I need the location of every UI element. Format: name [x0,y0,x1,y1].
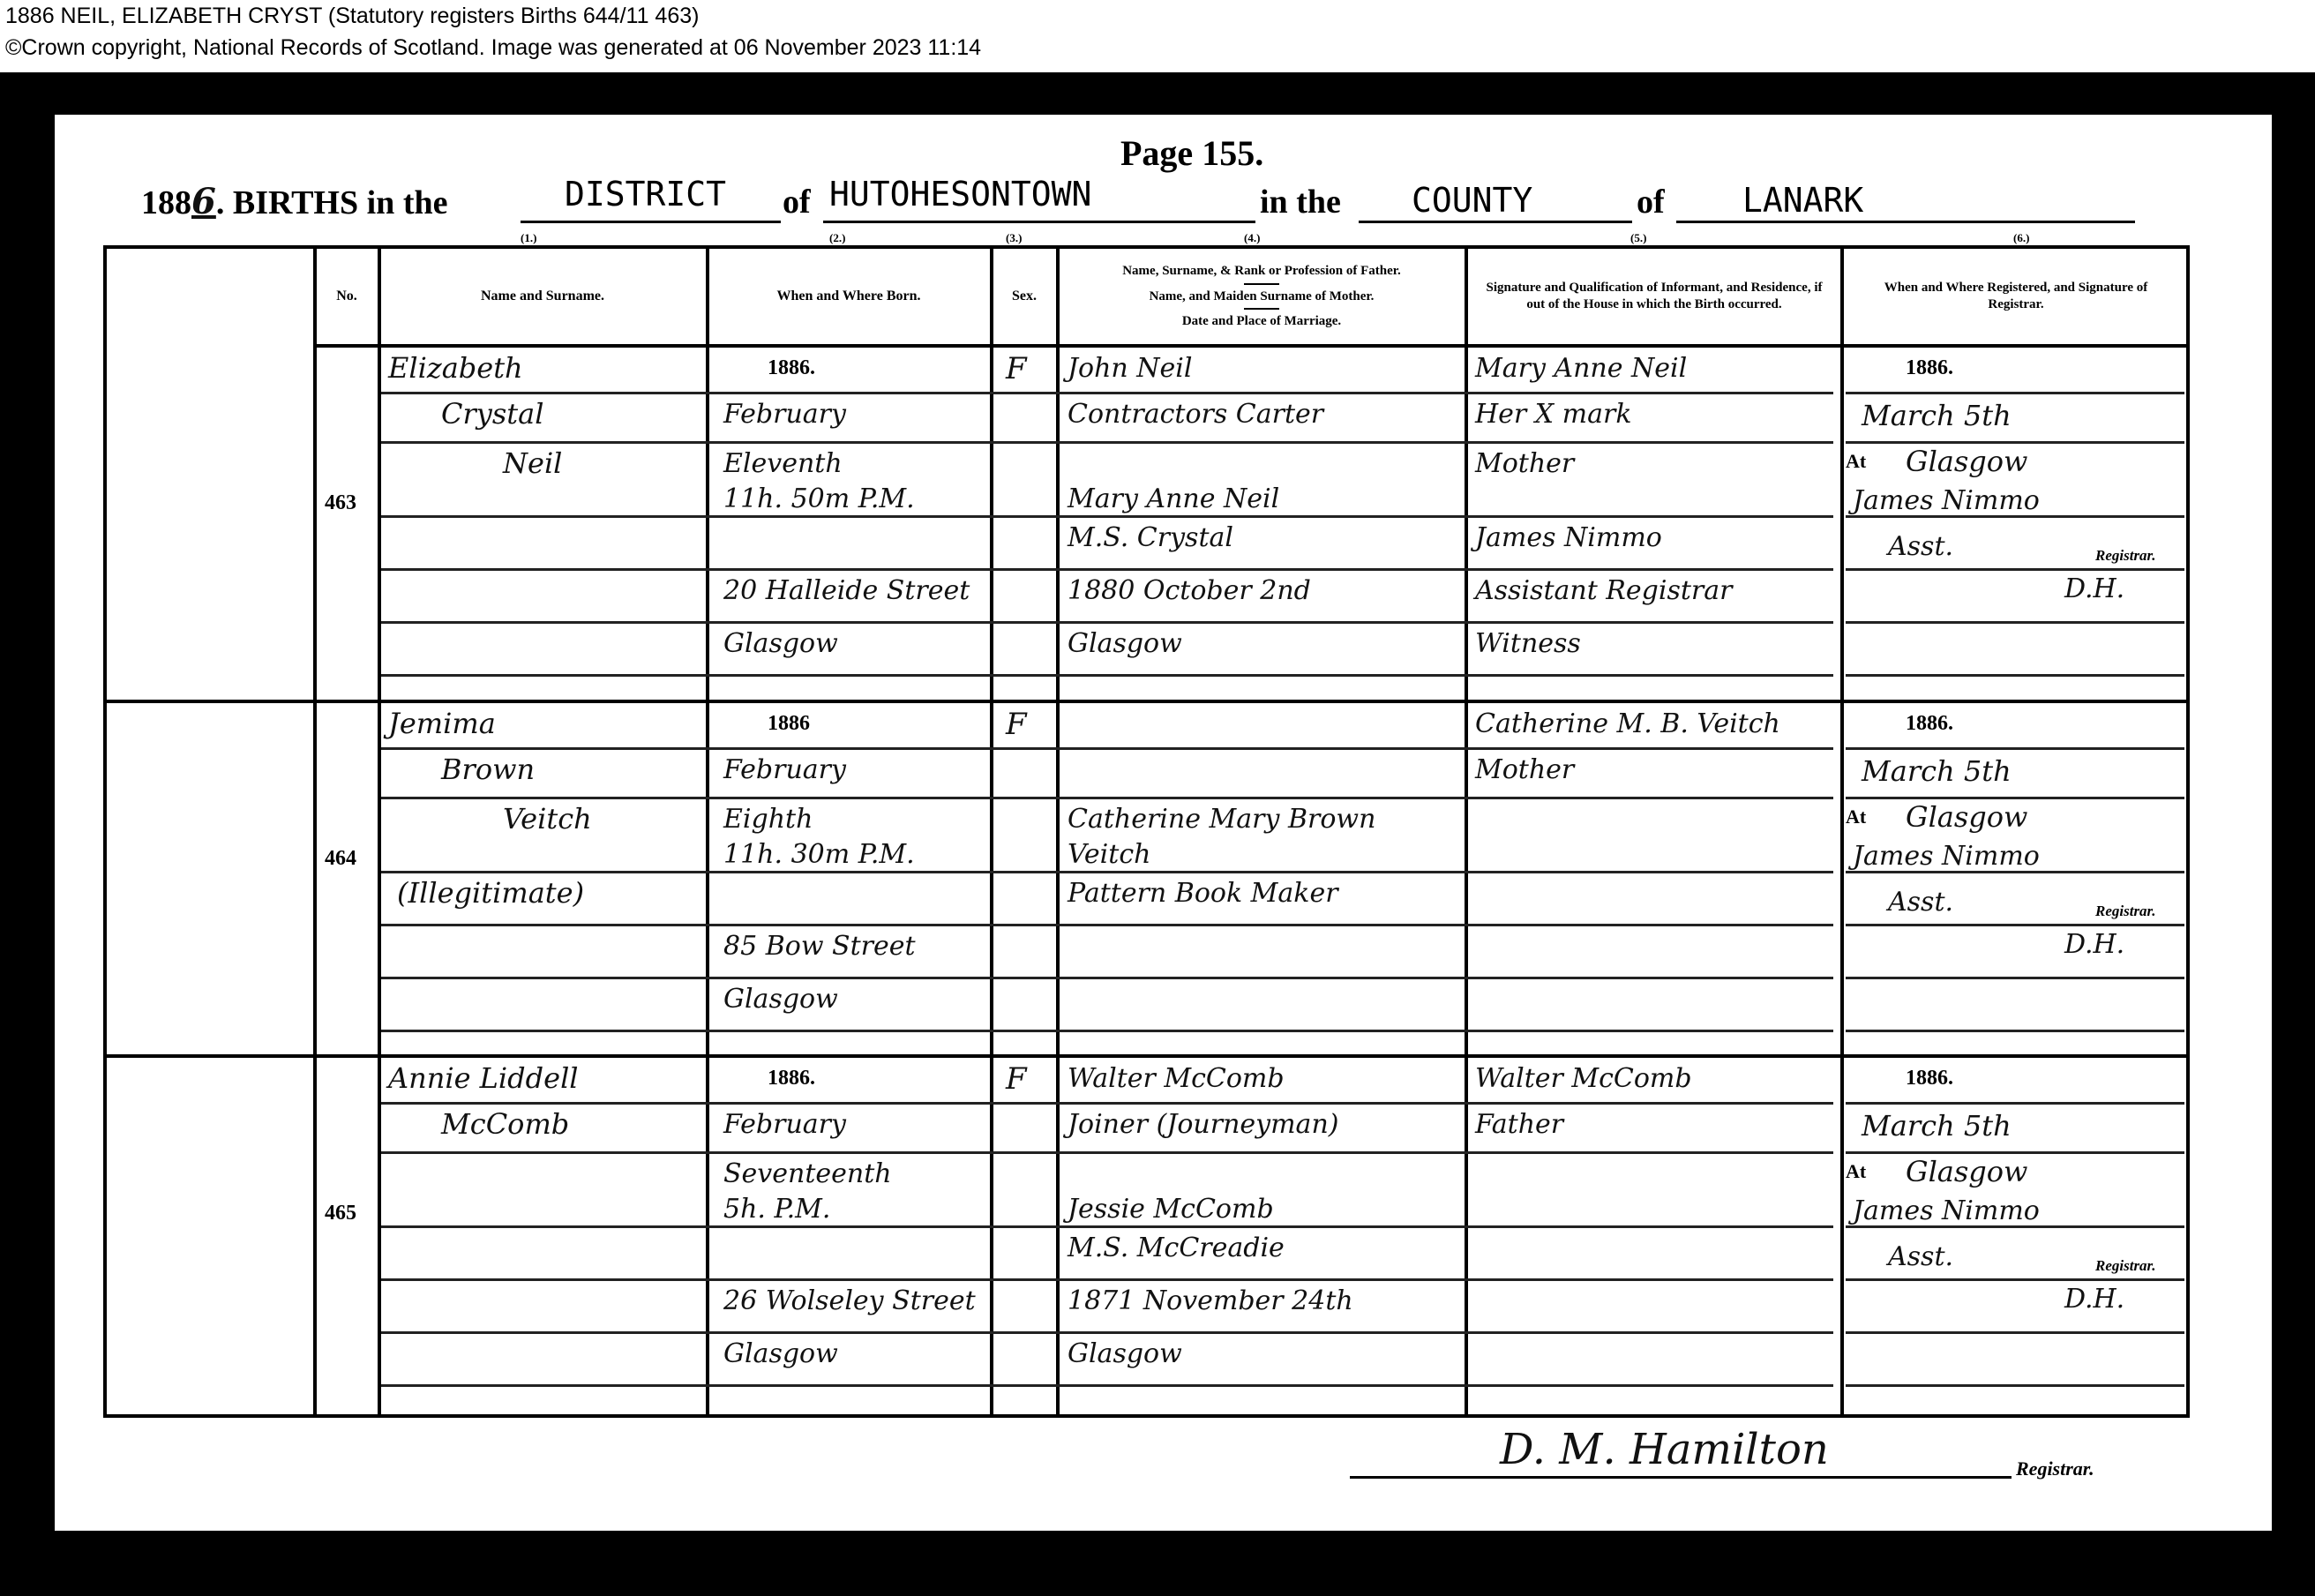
rule-line [1846,747,2184,750]
rule-line [1846,977,2184,979]
parents-detail: Joiner (Journeyman) [1068,1109,1338,1140]
rule-line [1846,1331,2184,1334]
child-name-line: McComb [441,1107,569,1141]
parents-detail: M.S. Crystal [1068,522,1233,553]
col-number-3: (3.) [1006,231,1022,245]
parents-detail: Pattern Book Maker [1068,878,1338,909]
rule-line [381,1331,1833,1334]
parents-detail: Walter McComb [1068,1063,1285,1094]
footer-registrar-signature: D. M. Hamilton [1500,1425,1829,1474]
rule-line [381,441,1833,444]
header-sex: Sex. [993,249,1055,344]
header-informant: Signature and Qualification of Informant… [1482,249,1826,344]
registration-date: March 5th [1862,1109,2012,1143]
page-number: Page 155. [1120,132,1263,174]
birth-when-where: Eighth [723,804,813,835]
registration-date: March 5th [1862,399,2012,432]
header-name: Name and Surname. [381,249,704,344]
sex: F [1006,707,1027,742]
registrar-label: Registrar. [2095,903,2156,920]
sex: F [1006,351,1027,386]
record-title: 1886 NEIL, ELIZABETH CRYST (Statutory re… [5,4,699,29]
birth-when-where: February [723,754,846,785]
at-label: At [1846,450,1866,473]
header-no: No. [317,249,377,344]
birth-year: 1886. [768,1067,815,1090]
rule-line [103,1414,2186,1418]
registrar-signature: James Nimmo [1853,841,2040,872]
rule-line [706,245,709,1414]
registration-place: Glasgow [1906,1155,2027,1188]
informant-detail: Mother [1475,754,1574,785]
rule-line [381,1384,1833,1387]
of-label-1: of [783,183,811,221]
child-name-line: Veitch [503,802,592,835]
parents-detail: Veitch [1068,839,1150,870]
rule-line [381,568,1833,571]
child-name-line: (Illegitimate) [397,876,584,910]
parents-detail: Catherine Mary Brown [1068,804,1375,835]
rule-line [378,245,381,1414]
rule-line [381,1030,1833,1032]
county-label: COUNTY [1412,181,1532,220]
sex: F [1006,1061,1027,1097]
district-name: HUTOHESONTOWN [829,175,1091,214]
birth-year: 1886 [768,712,810,736]
registrar-title: Asst. [1888,531,1953,562]
header-parents: Name, Surname, & Rank or Profession of F… [1060,249,1464,344]
col-number-2: (2.) [829,231,845,245]
year-digit: 6 [191,181,216,222]
at-label: At [1846,1160,1866,1183]
rule-line [381,747,1833,750]
parents-detail: Contractors Carter [1068,399,1323,430]
at-label: At [1846,805,1866,828]
parents-detail: Glasgow [1068,628,1182,659]
col-number-5: (5.) [1630,231,1646,245]
birth-when-where: February [723,1109,846,1140]
registrar-label: Registrar. [2095,1257,2156,1275]
child-name-line: Annie Liddell [388,1061,579,1095]
birth-when-where: 85 Bow Street [723,931,916,962]
birth-when-where: Glasgow [723,1338,838,1369]
registrar-title: Asst. [1888,1241,1953,1272]
of-label-2: of [1637,183,1665,221]
register-heading: 1886. BIRTHS in the [141,181,447,222]
rule-line [381,1102,1833,1105]
child-name-line: Crystal [441,397,543,431]
rule-line [990,245,993,1414]
child-name-line: Neil [503,446,562,480]
birth-when-where: Seventeenth [723,1158,892,1189]
footer-registrar-label: Registrar. [2016,1457,2094,1480]
rule-line [1846,392,2184,394]
col-number-1: (1.) [521,231,536,245]
rule-line [1846,1384,2184,1387]
rule-line [1846,674,2184,677]
rule-line [1846,1102,2184,1105]
parents-detail: Mary Anne Neil [1068,483,1279,514]
registration-place: Glasgow [1906,445,2027,478]
informant-detail: Mother [1475,448,1574,479]
rule-line [381,797,1833,799]
birth-when-where: Glasgow [723,628,838,659]
registrar-signature: James Nimmo [1853,485,2040,516]
registration-place: Glasgow [1906,800,2027,834]
rule-line [1465,245,1468,1414]
rule-line [381,1151,1833,1154]
entry-number: 464 [325,847,356,871]
rule-line [381,674,1833,677]
birth-year: 1886. [768,356,815,380]
rule-line [1846,621,2184,624]
registrar-signature: James Nimmo [1853,1195,2040,1226]
rule-line [381,1278,1833,1281]
rule-line [1846,568,2184,571]
rule-line [1846,441,2184,444]
rule-line [381,515,1833,518]
rule-line [1846,797,2184,799]
registrar-initials: D.H. [2064,929,2124,960]
parents-detail: Glasgow [1068,1338,1182,1369]
rule-line [381,977,1833,979]
informant-detail: Witness [1475,628,1581,659]
rule-line [381,1225,1833,1228]
informant-detail: Walter McComb [1475,1063,1692,1094]
birth-when-where: Eleventh [723,448,843,479]
rule-line [1846,1151,2184,1154]
birth-when-where: 20 Halleide Street [723,575,970,606]
parents-detail: 1871 November 24th [1068,1285,1353,1316]
birth-when-where: 11h. 30m P.M. [723,839,915,870]
rule-line [381,871,1833,873]
birth-when-where: 11h. 50m P.M. [723,483,915,514]
parents-detail: Jessie McComb [1068,1194,1274,1225]
col-number-6: (6.) [2013,231,2029,245]
informant-detail: Her X mark [1475,399,1632,430]
registrar-label: Registrar. [2095,547,2156,565]
year-prefix: 188 [141,184,191,221]
child-name-line: Elizabeth [388,351,523,385]
rule-line [1846,924,2184,926]
registration-year: 1886. [1906,356,1953,380]
informant-detail: Assistant Registrar [1475,575,1732,606]
rule-line [1056,245,1060,1414]
rule-line [381,924,1833,926]
birth-when-where: Glasgow [723,984,838,1015]
rule-line [381,392,1833,394]
copyright-notice: ©Crown copyright, National Records of Sc… [5,35,981,61]
rule-line [103,700,2186,703]
registration-year: 1886. [1906,712,1953,736]
rule-line [381,621,1833,624]
header-registered: When and Where Registered, and Signature… [1853,249,2179,344]
entry-number: 463 [325,491,356,515]
rule-line [103,1054,2186,1058]
rule-line [1840,245,1844,1414]
rule-line [1846,1278,2184,1281]
births-in-the: BIRTHS in the [233,184,448,221]
child-name-line: Jemima [388,707,496,740]
birth-when-where: 5h. P.M. [723,1194,830,1225]
in-the-label: in the [1260,183,1341,221]
registration-year: 1886. [1906,1067,1953,1090]
parents-detail: 1880 October 2nd [1068,575,1311,606]
registrar-title: Asst. [1888,887,1953,918]
informant-detail: Mary Anne Neil [1475,353,1687,384]
rule-line [313,344,2186,348]
child-name-line: Brown [441,753,535,786]
informant-detail: Father [1475,1109,1563,1140]
district-label: DISTRICT [565,175,726,214]
parents-detail: John Neil [1068,353,1192,384]
rule-line [313,245,317,1414]
birth-when-where: 26 Wolseley Street [723,1285,976,1316]
header-born: When and Where Born. [709,249,988,344]
birth-when-where: February [723,399,846,430]
informant-detail: James Nimmo [1475,522,1662,553]
registration-date: March 5th [1862,754,2012,788]
rule-line [103,245,107,1414]
county-name: LANARK [1742,181,1863,220]
rule-line [1846,1030,2184,1032]
parents-detail: M.S. McCreadie [1068,1233,1285,1263]
entry-number: 465 [325,1202,356,1225]
caption-bar: 1886 NEIL, ELIZABETH CRYST (Statutory re… [0,0,2315,72]
col-number-4: (4.) [1244,231,1260,245]
rule-line [2186,245,2190,1418]
registrar-initials: D.H. [2064,573,2124,604]
informant-detail: Catherine M. B. Veitch [1475,708,1780,739]
registrar-initials: D.H. [2064,1284,2124,1315]
